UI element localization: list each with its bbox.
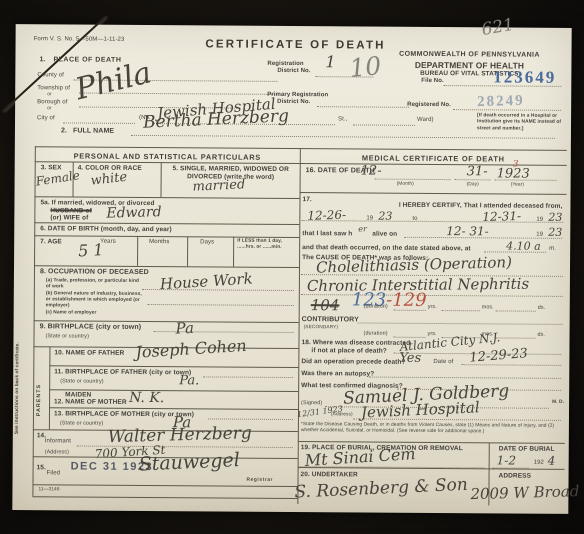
fullname-handwriting: Bertha Herzberg (143, 108, 290, 132)
age-label: 7. AGE (40, 238, 62, 246)
ward-label: Ward) (417, 117, 434, 125)
attended-from-handwriting: 12-26- (307, 209, 346, 222)
label-17: 17. (302, 196, 311, 204)
time-of-death-handwriting: 4.10 a (506, 240, 541, 251)
age-handwriting: 51 (78, 242, 109, 260)
occupation-c-label: (c) Name of employer (46, 310, 97, 316)
burial-year-handwriting: 4 (548, 455, 556, 467)
dotted-line (208, 418, 293, 420)
rule-line (187, 236, 188, 266)
days-label: Days (200, 239, 214, 247)
rule-line (300, 192, 567, 195)
operation-yes-handwriting: Yes (399, 352, 421, 365)
signed-label: (Signed) (301, 400, 322, 407)
dotted-line (496, 337, 536, 338)
year19-print2: 19 (536, 217, 543, 225)
or-label: or (47, 92, 52, 98)
autopsy-question: Was there an autopsy? (301, 370, 374, 379)
contributory-label: CONTRIBUTORY (302, 316, 359, 325)
mos-label: mos. (482, 304, 494, 311)
informant-handwriting: Walter Herzberg (108, 425, 252, 446)
dotted-line (203, 376, 293, 378)
pencil-district-number: 10 (348, 53, 382, 81)
code-struck-handwriting: 104 (311, 298, 340, 313)
registration-district-value: 1 (325, 54, 335, 70)
informant-label: Informant (45, 438, 71, 446)
date-of-label: Date of (433, 359, 453, 367)
township-label: Township of (37, 85, 70, 93)
or-label2: or (47, 106, 52, 112)
ds2-label: ds. (538, 332, 546, 339)
day-label: (Day) (467, 182, 479, 188)
occurred-label: and that death occurred, on the date sta… (302, 244, 471, 253)
rule-line (32, 484, 297, 487)
informant-address-label: (Address) (45, 449, 69, 456)
address-label: ADDRESS (499, 472, 532, 480)
registered-no-stamp: 28249 (477, 93, 525, 111)
year-correction-red: 3 (513, 161, 519, 170)
year19-print3: 19 (536, 232, 543, 240)
photo-background: See instructions on back of certificate.… (0, 0, 584, 534)
form-code: 11—3146 (38, 487, 59, 493)
burial-place-handwriting: Mt Sinai Cem (304, 446, 416, 469)
birthplace-label: 9. BIRTHPLACE (city or town) (40, 323, 142, 332)
icd-code-red: -129 (386, 290, 427, 311)
undertaker-address-handwriting: 2009 W Broad (470, 484, 579, 502)
margin-note: See instructions on back of certificate. (15, 164, 23, 434)
operation-question: Did an operation precede death? (301, 358, 405, 367)
dotted-line (375, 179, 451, 181)
to-label: to (412, 216, 417, 224)
registered-no-label: Registered No. (407, 102, 451, 110)
rule-line (49, 346, 51, 429)
certify-label: I HEREBY CERTIFY, That I attended deceas… (336, 201, 562, 211)
dotted-line (317, 106, 409, 108)
undertaker-label: 20. UNDERTAKER (301, 471, 358, 480)
spouse-handwriting: Edward (106, 205, 162, 221)
month-label: (Month) (397, 182, 414, 188)
dotted-line (63, 122, 135, 124)
rule-line (233, 237, 234, 267)
year192-print: 192 (534, 460, 544, 468)
registrar-label: Registrar (247, 478, 274, 484)
physician-address-handwriting: Jewish Hospital (361, 400, 480, 420)
secondary-label: (SECONDARY) (304, 325, 339, 331)
father-birthplace-handwriting: Pa. (179, 374, 199, 387)
lastsaw-label: that I last saw h (302, 230, 352, 238)
year19-print: 19 (366, 216, 373, 224)
registrar-signature: Stauwegel (138, 451, 240, 475)
fullname-label: FULL NAME (73, 127, 114, 136)
section1-number: 1. (39, 56, 45, 65)
operation-date-handwriting: 12-29-23 (469, 347, 528, 365)
county-label: County of (37, 72, 64, 80)
fullname-number: 2. (61, 127, 67, 136)
months-label: Months (149, 239, 169, 247)
attended-to-handwriting: 12-31- (482, 210, 521, 223)
pencil-number: 621 (480, 17, 515, 39)
rule-line (32, 496, 297, 499)
dotted-line (358, 322, 563, 324)
city-label: City of (37, 115, 55, 123)
mother-birthplace-sub: (State or country) (60, 420, 103, 427)
burial-date-handwriting: 1-2 (497, 454, 516, 466)
father-label: 10. NAME OF FATHER (54, 349, 124, 358)
dotted-line (154, 331, 294, 333)
father-birthplace-label: 11. BIRTHPLACE OF FATHER (city or town) (54, 368, 191, 377)
file-no-stamp: 123649 (493, 67, 556, 87)
lastsaw-date-handwriting: 12- 31- (446, 225, 489, 237)
dotted-line (131, 135, 555, 139)
dotted-line (369, 377, 561, 379)
occupation-label: 8. OCCUPATION OF DECEASED (40, 268, 149, 278)
m-label: m. (549, 246, 556, 254)
borough-label: Borough of (37, 99, 67, 107)
address2-label: (Address) (331, 412, 353, 418)
ds-label: ds. (538, 305, 546, 312)
registration-label2: District No. (277, 68, 310, 76)
year-label: (Year) (511, 183, 525, 189)
mother-handwriting: N. K. (129, 391, 164, 405)
rule-line (160, 162, 161, 197)
form-number: Form V. S. No. 5—50M—1-11-23 (34, 36, 125, 44)
mother-label: 12. NAME OF MOTHER (54, 398, 127, 407)
rule-line (34, 235, 299, 238)
dotted-line (496, 310, 536, 311)
duration2-label: (duration) (364, 331, 388, 338)
dotted-line (353, 124, 415, 125)
father-handwriting: Joseph Cohen (135, 338, 247, 361)
occupation-a-label: (a) Trade, profession, or particular kin… (46, 278, 142, 291)
dob-label: 6. DATE OF BIRTH (month, day, and year) (40, 225, 172, 234)
dotted-line (394, 310, 426, 311)
dotted-line (442, 310, 480, 311)
occupation-b-label: (b) General nature of industry, business… (46, 291, 146, 310)
rule-line (137, 236, 138, 266)
father-birthplace-sub: (State or country) (60, 378, 103, 385)
er-handwriting: er (358, 225, 367, 233)
filed-label: Filed (47, 470, 61, 478)
birthplace-sub-label: (State or country) (45, 333, 88, 340)
less-than-label: If LESS than 1 day, ......hrs. or ......… (237, 239, 295, 251)
dotted-line (148, 304, 294, 306)
q18-label-line2: if not at place of death? (311, 347, 387, 356)
st-label: St., (338, 116, 347, 124)
birthplace-handwriting: Pa (175, 321, 194, 337)
cause1-handwriting: Cholelithiasis (Operation) (316, 255, 512, 275)
death-certificate: See instructions on back of certificate.… (12, 24, 571, 514)
parents-label: PARENTS (36, 362, 43, 416)
hospital-note: [If death occurred in a Hospital or Inst… (477, 113, 565, 133)
md-label: M. D. (552, 400, 564, 406)
year23-handwriting3: 23 (548, 227, 562, 238)
yrs-label: yrs. (428, 304, 437, 311)
marital-handwriting: married (192, 178, 245, 193)
year23-handwriting: 23 (378, 211, 392, 222)
death-month-handwriting: 12- (361, 164, 382, 177)
filed-number: 15. (37, 464, 46, 472)
death-day-handwriting: 31- (467, 165, 488, 178)
file-no-label: File No. (421, 78, 444, 86)
year23-handwriting2: 23 (548, 212, 562, 223)
fine-print: *State the Disease Causing Death, or in … (301, 422, 561, 437)
undertaker-handwriting: S. Rosenberg & Son (294, 477, 468, 502)
alive-on-label: alive on (372, 231, 397, 239)
duration-label: (duration) (364, 304, 388, 311)
race-handwriting: white (90, 171, 128, 188)
